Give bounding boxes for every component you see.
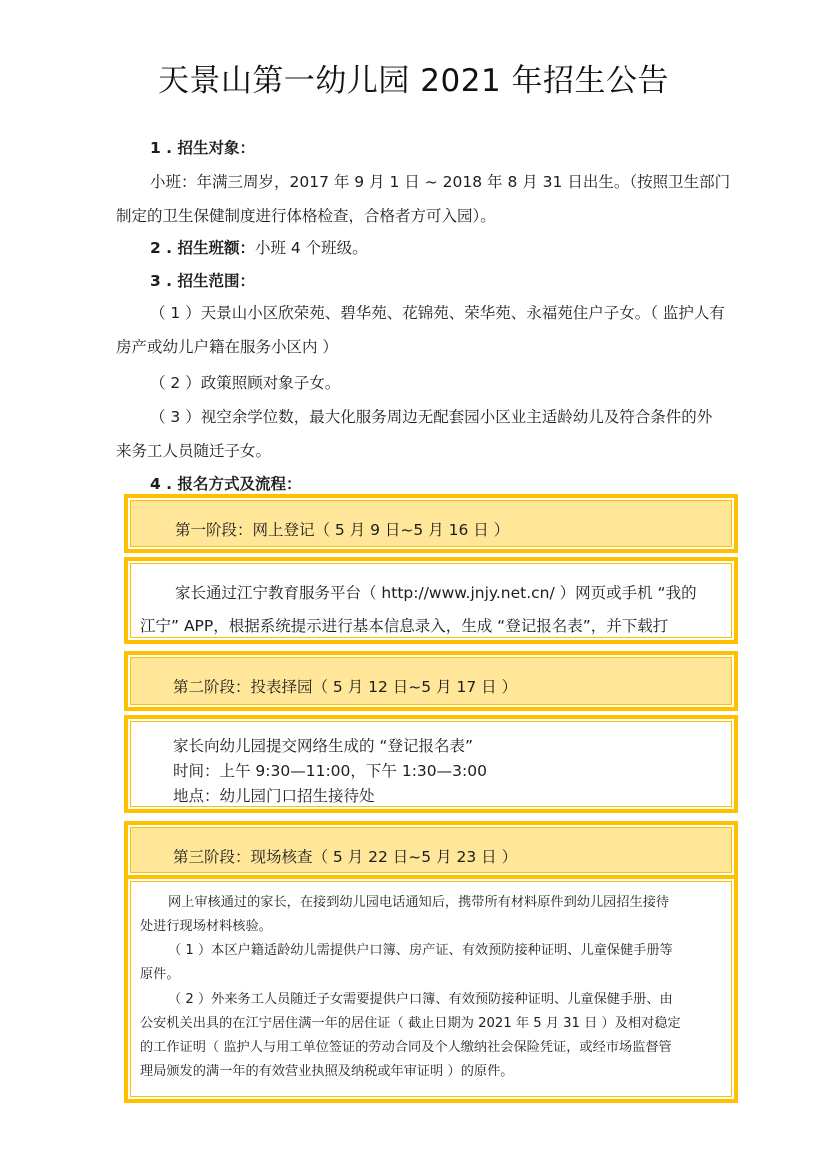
stage-3-line-5: （ 2 ）外来务工人员随迁子女需要提供户口簿、有效预防接种证明、儿童保健手册、由 [168, 988, 673, 1012]
section-3-item-1-line-2: 房产或幼儿户籍在服务小区内 ） [116, 337, 748, 357]
stage-3-line-4: 原件。 [140, 963, 180, 987]
stage-3-header-box: 第三阶段：现场核查（ 5 月 22 日~5 月 23 日 ） [124, 821, 738, 879]
stage-1-content-box: 家长通过江宁教育服务平台（ http://www.jnjy.net.cn/ ）网… [124, 557, 738, 644]
section-3-item-2: （ 2 ）政策照顾对象子女。 [150, 373, 782, 393]
section-1-heading: 1 . 招生对象： [150, 138, 782, 158]
stage-1-title: 第一阶段：网上登记（ 5 月 9 日~5 月 16 日 ） [175, 518, 509, 540]
section-3-item-3-line-1: （ 3 ）视空余学位数，最大化服务周边无配套园小区业主适龄幼儿及符合条件的外 [150, 407, 782, 427]
stage-2-header-box: 第二阶段：投表择园（ 5 月 12 日~5 月 17 日 ） [124, 651, 738, 711]
section-2-text: 小班 4 个班级。 [255, 239, 368, 257]
stage-1-line-2: 江宁” APP，根据系统提示进行基本信息录入，生成 “登记报名表”，并下载打 [140, 614, 668, 636]
page-title: 天景山第一幼儿园 2021 年招生公告 [0, 55, 827, 100]
stage-3-line-7: 的工作证明（ 监护人与用工单位签证的劳动合同及个人缴纳社会保险凭证，或经市场监督… [140, 1036, 672, 1060]
stage-2-title: 第二阶段：投表择园（ 5 月 12 日~5 月 17 日 ） [173, 675, 517, 697]
section-1-text-line-2: 制定的卫生保健制度进行体格检查，合格者方可入园）。 [116, 206, 748, 226]
section-2: 2 . 招生班额：小班 4 个班级。 [150, 238, 782, 258]
section-3-item-3-line-2: 来务工人员随迁子女。 [116, 441, 748, 461]
section-4-heading: 4 . 报名方式及流程： [150, 474, 782, 494]
stage-3-content-box: 网上审核通过的家长，在接到幼儿园电话通知后，携带所有材料原件到幼儿园招生接待 处… [124, 875, 738, 1103]
stage-3-line-3: （ 1 ）本区户籍适龄幼儿需提供户口簿、房产证、有效预防接种证明、儿童保健手册等 [168, 939, 673, 963]
section-3-item-1-line-1: （ 1 ）天景山小区欣荣苑、碧华苑、花锦苑、荣华苑、永福苑住户子女。（ 监护人有 [150, 303, 782, 323]
stage-3-line-8: 理局颁发的满一年的有效营业执照及纳税或年审证明 ）的原件。 [140, 1060, 513, 1084]
stage-2-content-box: 家长向幼儿园提交网络生成的 “登记报名表” 时间：上午 9:30—11:00，下… [124, 715, 738, 813]
stage-3-line-2: 处进行现场材料核验。 [140, 915, 272, 939]
stage-3-title: 第三阶段：现场核查（ 5 月 22 日~5 月 23 日 ） [173, 845, 517, 867]
section-2-heading: 2 . 招生班额： [150, 239, 255, 257]
stage-3-line-1: 网上审核通过的家长，在接到幼儿园电话通知后，携带所有材料原件到幼儿园招生接待 [168, 891, 669, 915]
stage-2-line-2: 时间：上午 9:30—11:00，下午 1:30—3:00 [173, 759, 487, 781]
stage-2-line-3: 地点：幼儿园门口招生接待处 [173, 784, 375, 806]
stage-1-line-1: 家长通过江宁教育服务平台（ http://www.jnjy.net.cn/ ）网… [175, 581, 697, 603]
stage-1-header-box: 第一阶段：网上登记（ 5 月 9 日~5 月 16 日 ） [124, 494, 738, 553]
stage-3-line-6: 公安机关出具的在江宁居住满一年的居住证（ 截止日期为 2021 年 5 月 31… [140, 1012, 681, 1036]
section-1-text-line-1: 小班：年满三周岁，2017 年 9 月 1 日 ~ 2018 年 8 月 31 … [150, 172, 782, 192]
section-3-heading: 3 . 招生范围： [150, 271, 782, 291]
stage-2-line-1: 家长向幼儿园提交网络生成的 “登记报名表” [173, 734, 473, 756]
